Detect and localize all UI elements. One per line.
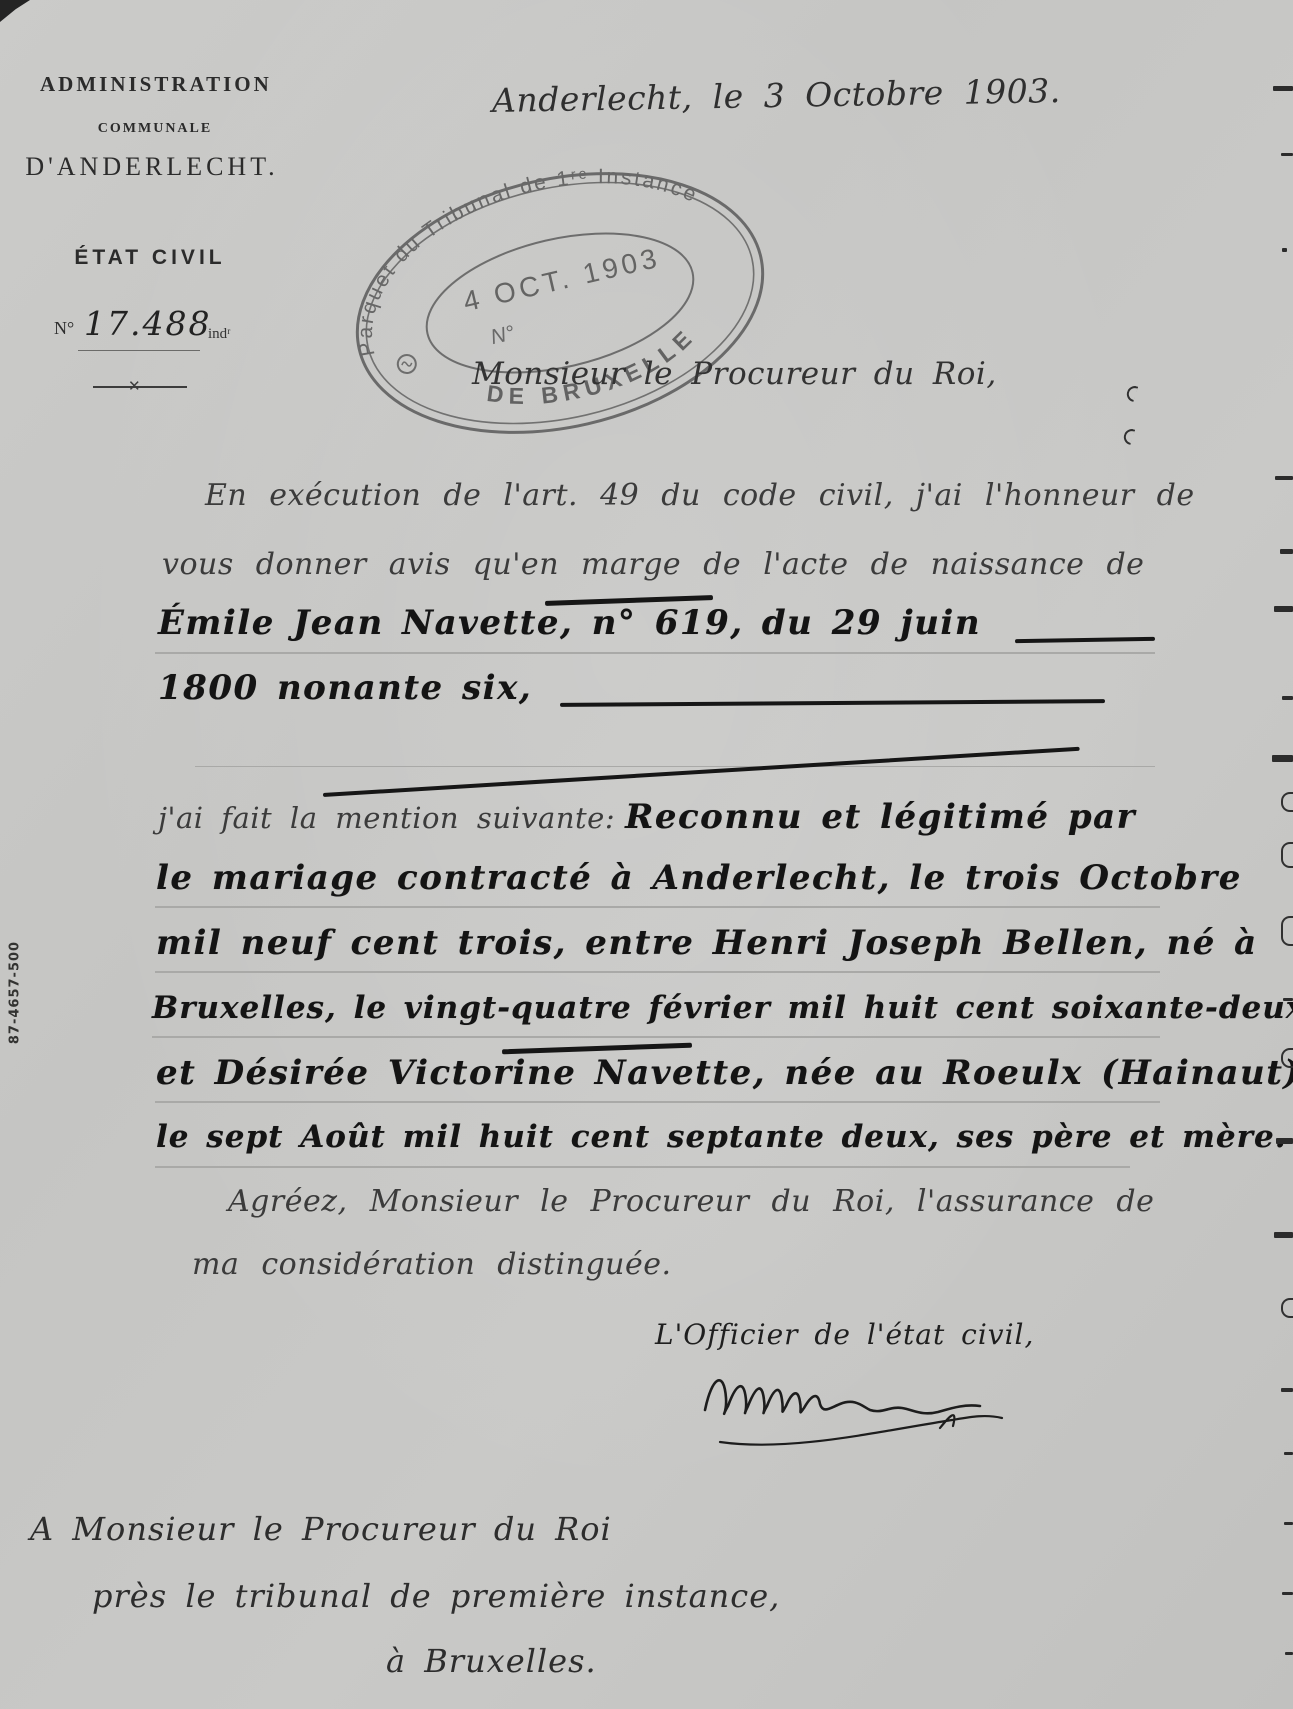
officer-signature	[690, 1348, 1030, 1463]
edge-mark	[1284, 1522, 1293, 1525]
closing-line-2: ma considération distinguée.	[192, 1247, 672, 1282]
body-line-1: En exécution de l'art. 49 du code civil,…	[205, 478, 1195, 513]
mention-intro: j'ai fait la mention suivante:	[158, 801, 615, 835]
letterhead-communale: COMMUNALE	[40, 121, 270, 137]
salutation: Monsieur le Procureur du Roi,	[472, 356, 997, 392]
edge-mark	[1285, 1652, 1293, 1655]
edge-mark	[1276, 1138, 1293, 1144]
letterhead-administration: ADMINISTRATION	[40, 72, 270, 97]
edge-mark	[1275, 476, 1293, 480]
guide-rule	[155, 906, 1160, 908]
body-year-line: 1800 nonante six,	[158, 668, 532, 708]
body-line-2: vous donner avis qu'en marge de l'acte d…	[162, 547, 1144, 582]
edge-mark	[1281, 842, 1293, 868]
mention-line-2: le mariage contracté à Anderlecht, le tr…	[156, 858, 1242, 898]
ref-number-value: 17.488	[84, 304, 211, 343]
guide-rule	[155, 971, 1160, 973]
edge-mark	[1125, 384, 1139, 402]
edge-mark	[1122, 427, 1136, 445]
ink-filler-stroke	[560, 699, 1105, 707]
letterhead-separator-x: ✕	[128, 377, 141, 395]
dateline: Anderlecht, le 3 Octobre 1903.	[492, 71, 1061, 120]
mention-line-4: Bruxelles, le vingt-quatre février mil h…	[152, 990, 1293, 1026]
parquet-stamp: Parquet du Tribunal de 1ʳᵉ Instance DE B…	[321, 125, 800, 481]
address-line-3: à Bruxelles.	[386, 1642, 597, 1680]
letterhead-anderlecht: D'ANDERLECHT.	[0, 152, 308, 182]
signature-title: L'Officier de l'état civil,	[655, 1318, 1034, 1351]
edge-mark	[1272, 755, 1293, 762]
guide-rule	[155, 1166, 1130, 1168]
edge-mark	[1282, 248, 1287, 252]
diagonal-strike-line	[323, 747, 1080, 797]
mention-line-6: le sept Août mil huit cent septante deux…	[156, 1119, 1287, 1155]
edge-mark	[1280, 549, 1293, 554]
guide-rule	[195, 766, 1155, 767]
edge-mark	[1274, 606, 1293, 612]
letterhead-etat-civil: ÉTAT CIVIL	[40, 246, 260, 270]
address-line-2: près le tribunal de première instance,	[92, 1577, 780, 1615]
guide-rule	[152, 1036, 1160, 1038]
body-mention-first-line: j'ai fait la mention suivante: Reconnu e…	[158, 797, 1136, 837]
scan-corner-artifact	[0, 0, 30, 22]
mention-line-3: mil neuf cent trois, entre Henri Joseph …	[156, 923, 1258, 963]
edge-mark	[1283, 998, 1293, 1001]
ink-dash-after-juin	[1015, 637, 1155, 643]
edge-mark	[1282, 696, 1293, 700]
edge-mark	[1274, 1232, 1293, 1238]
edge-mark	[1281, 1048, 1293, 1068]
guide-rule	[155, 1101, 1160, 1103]
printer-mark: 87-4657-500	[8, 923, 23, 1063]
edge-mark	[1281, 1298, 1293, 1318]
ref-number-underline: 17.488	[78, 302, 200, 351]
mention-line-5: et Désirée Victorine Navette, née au Roe…	[156, 1053, 1293, 1093]
ref-number-label: N°	[54, 318, 74, 339]
body-name-line: Émile Jean Navette, n° 619, du 29 juin	[158, 603, 981, 643]
edge-mark	[1281, 1388, 1293, 1392]
edge-mark	[1282, 1592, 1293, 1595]
edge-mark	[1284, 1452, 1293, 1455]
ref-number-suffix: indʳ	[208, 326, 230, 343]
closing-line-1: Agréez, Monsieur le Procureur du Roi, l'…	[228, 1184, 1154, 1219]
edge-mark	[1281, 916, 1293, 946]
guide-rule	[155, 652, 1155, 654]
mention-start: Reconnu et légitimé par	[625, 797, 1136, 837]
edge-mark	[1273, 86, 1293, 91]
address-line-1: A Monsieur le Procureur du Roi	[30, 1510, 612, 1548]
stamp-number-label: N°	[488, 321, 516, 349]
edge-mark	[1281, 153, 1293, 156]
stamp-date: 4 OCT. 1903	[460, 242, 663, 317]
scanned-letter-page: ADMINISTRATION COMMUNALE D'ANDERLECHT. É…	[0, 0, 1293, 1709]
edge-mark	[1281, 792, 1293, 812]
